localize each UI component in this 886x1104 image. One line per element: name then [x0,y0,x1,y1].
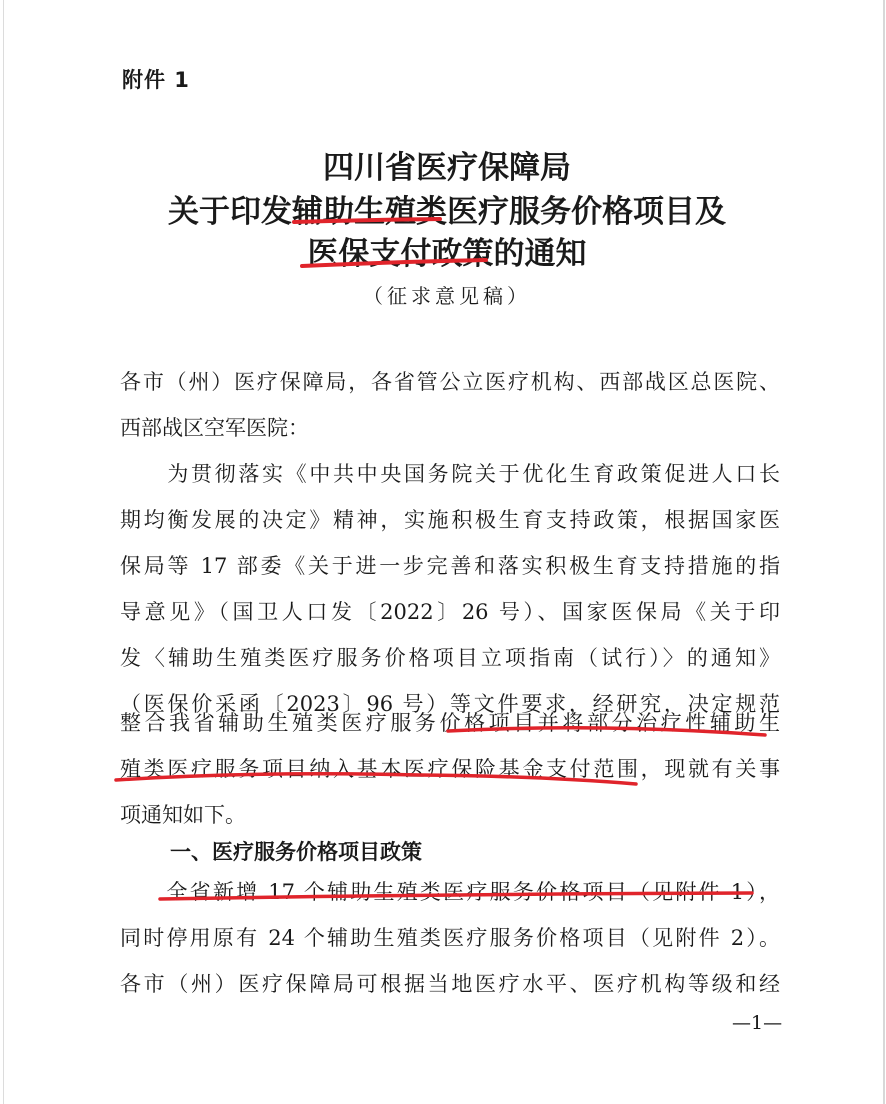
body-line-5: 发〈辅助生殖类医疗服务价格项目立项指南（试行）〉的通知》 [120,642,780,672]
addressee-line-2: 西部战区空军医院： [120,412,780,442]
body-line-1: 为贯彻落实《中共中央国务院关于优化生育政策促进人口长 [120,458,780,488]
body-line-8: 殖类医疗服务项目纳入基本医疗保险基金支付范围，现就有关事 [120,753,780,783]
page-number: —1— [732,1012,782,1034]
body-line-9: 项通知如下。 [120,799,780,829]
title-line-3: 医保支付政策的通知 [4,228,886,273]
section-line-3: 各市（州）医疗保障局可根据当地医疗水平、医疗机构等级和经 [120,968,780,998]
section-heading: 一、医疗服务价格项目政策 [170,836,422,866]
addressee-line-1: 各市（州）医疗保障局，各省管公立医疗机构、西部战区总医院、 [120,366,780,396]
body-line-7: 整合我省辅助生殖类医疗服务价格项目并将部分治疗性辅助生 [120,707,780,737]
document-page: 附件 1 四川省医疗保障局 关于印发辅助生殖类医疗服务价格项目及 医保支付政策的… [3,0,885,1104]
body-line-3: 保局等 17 部委《关于进一步完善和落实积极生育支持措施的指 [120,550,780,580]
attachment-label: 附件 1 [122,64,190,94]
draft-subtitle: （征求意见稿） [4,280,886,309]
body-line-4: 导意见》（国卫人口发〔2022〕26 号）、国家医保局《关于印 [120,596,780,626]
title-line-1: 四川省医疗保障局 [4,142,886,187]
section-line-2: 同时停用原有 24 个辅助生殖类医疗服务价格项目（见附件 2）。 [120,922,780,952]
body-line-2: 期均衡发展的决定》精神，实施积极生育支持政策，根据国家医 [120,504,780,534]
title-line-2: 关于印发辅助生殖类医疗服务价格项目及 [4,186,886,231]
section-line-1: 全省新增 17 个辅助生殖类医疗服务价格项目（见附件 1）， [120,876,780,906]
